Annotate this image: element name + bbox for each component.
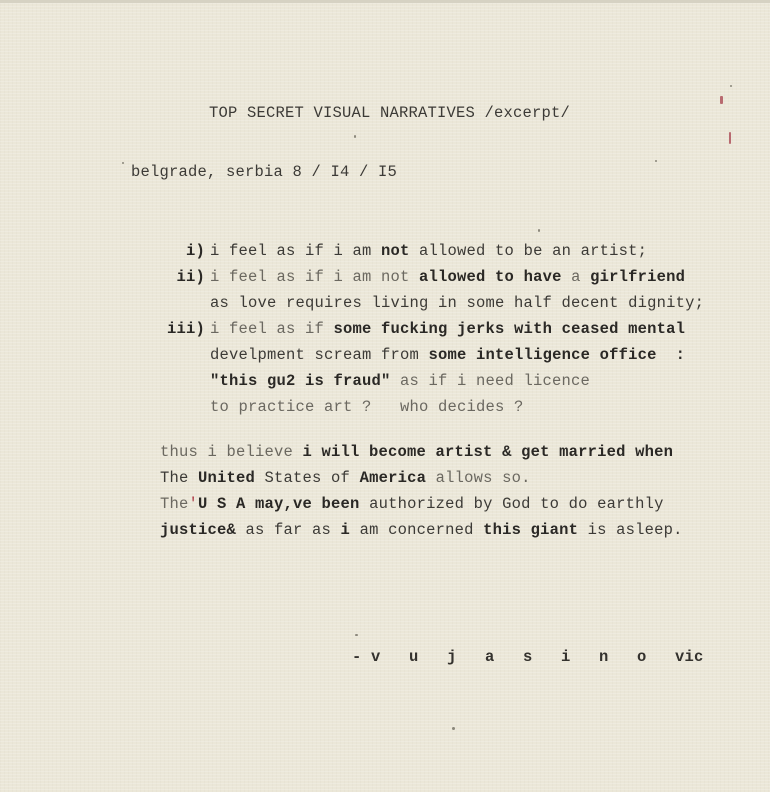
list-marker: ii) xyxy=(176,268,205,286)
text-run: U S A may,ve been xyxy=(198,495,360,513)
ink-speck xyxy=(655,160,657,162)
list-marker: iii) xyxy=(167,320,205,338)
paragraph-line: The'U S A may,ve been authorized by God … xyxy=(160,495,664,513)
text-run: as far as xyxy=(236,521,341,539)
text-run: The xyxy=(160,469,198,487)
ink-speck xyxy=(538,229,540,232)
text-run: as love requires living in some half dec… xyxy=(210,294,704,312)
text-run: America xyxy=(360,469,427,487)
red-mark xyxy=(729,132,731,144)
document-title: TOP SECRET VISUAL NARRATIVES /excerpt/ xyxy=(209,104,570,122)
text-run: i will become artist & get married when xyxy=(303,443,674,461)
text-run: i feel as if i am not xyxy=(210,268,419,286)
paragraph-line: The United States of America allows so. xyxy=(160,469,531,487)
text-run: i feel as if i am xyxy=(210,242,381,260)
text-run: some fucking jerks with ceased mental xyxy=(334,320,686,338)
text-run: allowed to have xyxy=(419,268,562,286)
text-run: not xyxy=(381,242,410,260)
ink-speck xyxy=(122,162,124,164)
text-run: to practice art ? who decides ? xyxy=(210,398,524,416)
text-run: a xyxy=(562,268,591,286)
list-item-line: to practice art ? who decides ? xyxy=(210,398,524,416)
text-run: some intelligence office : xyxy=(429,346,686,364)
text-run: ' xyxy=(189,495,199,513)
paragraph-line: thus i believe i will become artist & ge… xyxy=(160,443,673,461)
list-item-line: i feel as if i am not allowed to have a … xyxy=(210,268,685,286)
paper-top-edge xyxy=(0,0,770,3)
text-run: am concerned xyxy=(350,521,483,539)
text-run: thus i believe xyxy=(160,443,303,461)
list-item-line: as love requires living in some half dec… xyxy=(210,294,704,312)
text-run: as if i need licence xyxy=(391,372,591,390)
text-run: justice& xyxy=(160,521,236,539)
list-item-line: i feel as if some fucking jerks with cea… xyxy=(210,320,685,338)
text-run: i xyxy=(341,521,351,539)
paper-sheet: TOP SECRET VISUAL NARRATIVES /excerpt/ b… xyxy=(0,0,770,792)
text-run: is asleep. xyxy=(578,521,683,539)
signature: - v u j a s i n o vic xyxy=(352,648,704,666)
list-marker: i) xyxy=(186,242,205,260)
ink-speck xyxy=(730,85,732,87)
text-run: allows so. xyxy=(426,469,531,487)
ink-speck xyxy=(355,634,358,636)
dateline: belgrade, serbia 8 / I4 / I5 xyxy=(131,163,397,181)
text-run: develpment scream from xyxy=(210,346,429,364)
list-item-line: develpment scream from some intelligence… xyxy=(210,346,685,364)
list-item-line: i feel as if i am not allowed to be an a… xyxy=(210,242,647,260)
text-run: girlfriend xyxy=(590,268,685,286)
text-run: States of xyxy=(255,469,360,487)
paragraph-line: justice& as far as i am concerned this g… xyxy=(160,521,683,539)
text-run: "this gu2 is fraud" xyxy=(210,372,391,390)
ink-speck xyxy=(354,135,356,138)
text-run: allowed to be an artist; xyxy=(410,242,648,260)
red-mark xyxy=(720,96,723,104)
ink-speck xyxy=(452,727,455,730)
text-run: The xyxy=(160,495,189,513)
text-run: this giant xyxy=(483,521,578,539)
text-run: i feel as if xyxy=(210,320,334,338)
list-item-line: "this gu2 is fraud" as if i need licence xyxy=(210,372,590,390)
text-run: United xyxy=(198,469,255,487)
text-run: authorized by God to do earthly xyxy=(360,495,664,513)
